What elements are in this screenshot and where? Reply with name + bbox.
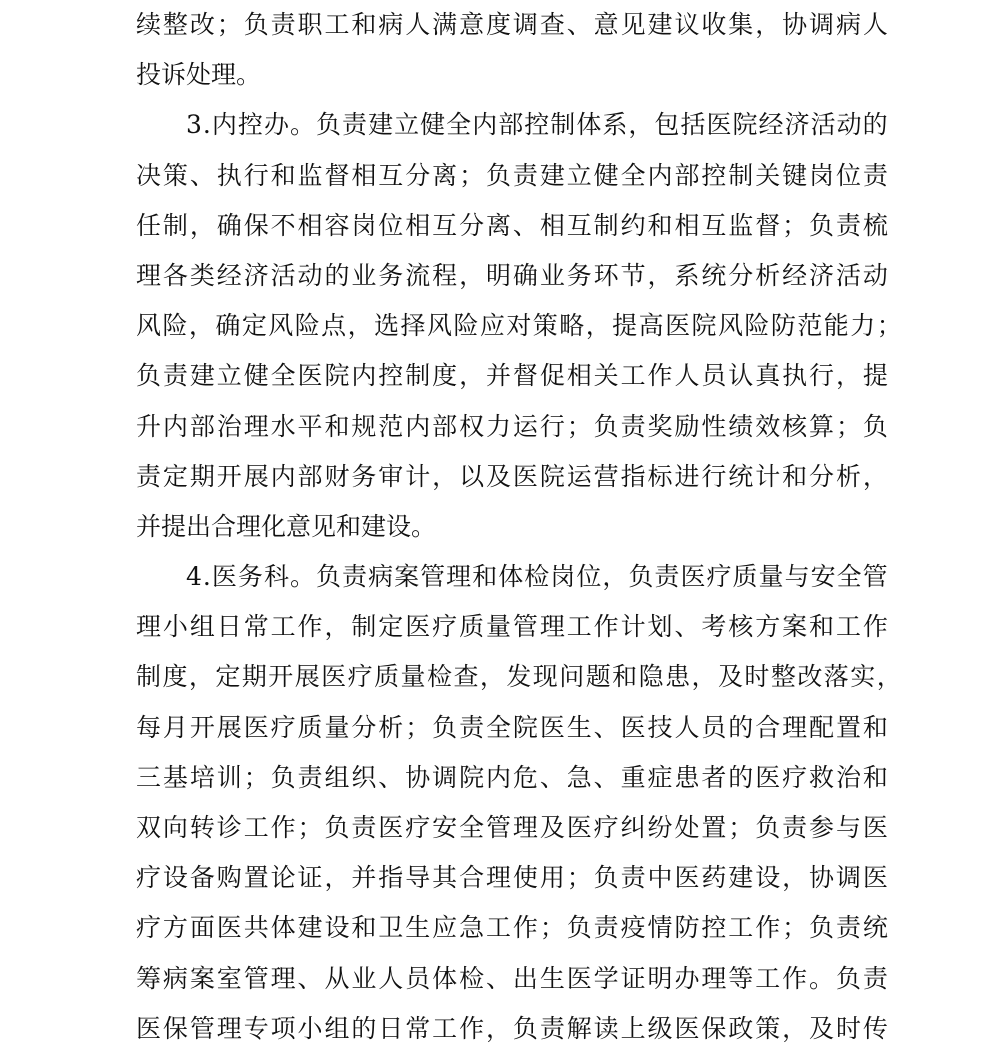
paragraph-heading-line: 4.医务科。负责病案管理和体检岗位，负责医疗质量与安全管 (136, 552, 888, 602)
text-line: 续整改；负责职工和病人满意度调查、意见建议收集，协调病人 (136, 0, 888, 50)
paragraph-internal-control-office: 3.内控办。负责建立健全内部控制体系，包括医院经济活动的 决策、执行和监督相互分… (136, 100, 888, 552)
text-line: 疗设备购置论证，并指导其合理使用；负责中医药建设，协调医 (136, 853, 888, 903)
text-line: 双向转诊工作；负责医疗安全管理及医疗纠纷处置；负责参与医 (136, 803, 888, 853)
text-line: 负责建立健全医院内控制度，并督促相关工作人员认真执行，提 (136, 351, 888, 401)
text-line: 医保管理专项小组的日常工作，负责解读上级医保政策，及时传 (136, 1004, 888, 1053)
text-line: 任制，确保不相容岗位相互分离、相互制约和相互监督；负责梳 (136, 201, 888, 251)
text-line: 决策、执行和监督相互分离；负责建立健全内部控制关键岗位责 (136, 151, 888, 201)
text-line: 疗方面医共体建设和卫生应急工作；负责疫情防控工作；负责统 (136, 903, 888, 953)
document-page: 续整改；负责职工和病人满意度调查、意见建议收集，协调病人 投诉处理。 3.内控办… (136, 0, 888, 1053)
paragraph-continuation: 续整改；负责职工和病人满意度调查、意见建议收集，协调病人 投诉处理。 (136, 0, 888, 100)
text-line: 制度，定期开展医疗质量检查，发现问题和隐患，及时整改落实， (136, 652, 902, 702)
paragraph-medical-affairs-department: 4.医务科。负责病案管理和体检岗位，负责医疗质量与安全管 理小组日常工作，制定医… (136, 552, 888, 1053)
text-line: 并提出合理化意见和建设。 (136, 502, 888, 552)
text-line: 筹病案室管理、从业人员体检、出生医学证明办理等工作。负责 (136, 954, 888, 1004)
paragraph-heading-line: 3.内控办。负责建立健全内部控制体系，包括医院经济活动的 (136, 100, 888, 150)
text-line: 投诉处理。 (136, 50, 888, 100)
text-line: 三基培训；负责组织、协调院内危、急、重症患者的医疗救治和 (136, 753, 888, 803)
text-line: 责定期开展内部财务审计，以及医院运营指标进行统计和分析， (136, 452, 888, 502)
text-line: 理各类经济活动的业务流程，明确业务环节，系统分析经济活动 (136, 251, 888, 301)
text-line: 每月开展医疗质量分析；负责全院医生、医技人员的合理配置和 (136, 703, 888, 753)
text-line: 理小组日常工作，制定医疗质量管理工作计划、考核方案和工作 (136, 602, 888, 652)
text-line: 升内部治理水平和规范内部权力运行；负责奖励性绩效核算；负 (136, 402, 888, 452)
text-line: 风险，确定风险点，选择风险应对策略，提高医院风险防范能力； (136, 301, 902, 351)
